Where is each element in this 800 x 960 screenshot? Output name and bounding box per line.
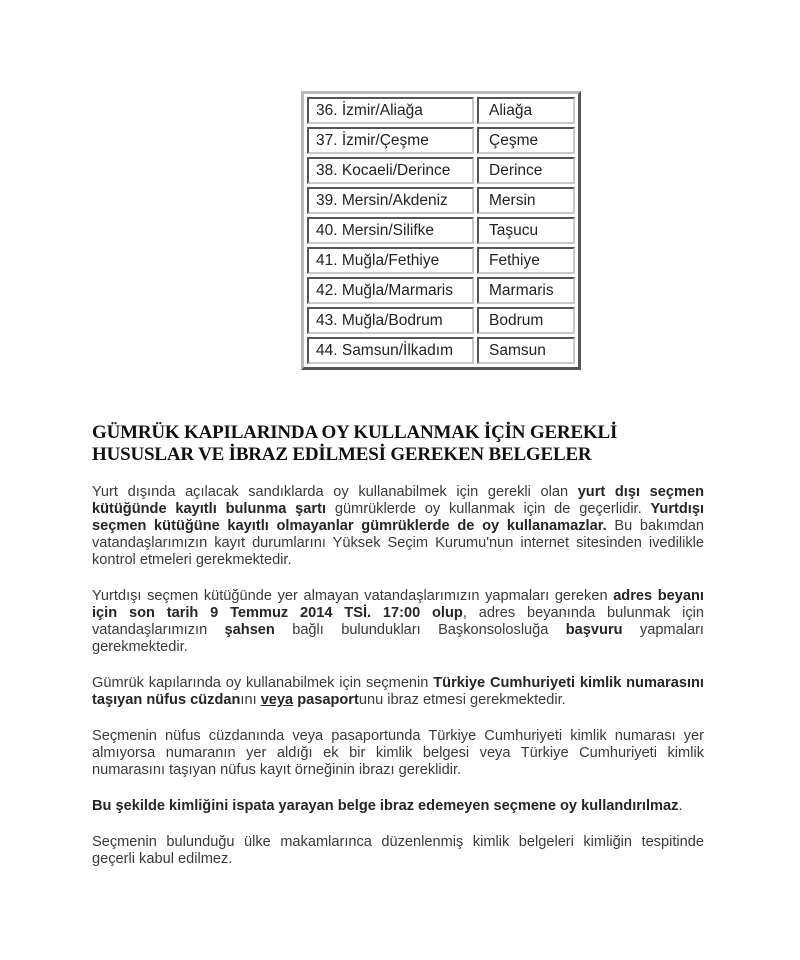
table-row: 36. İzmir/Aliağa Aliağa: [307, 97, 575, 124]
gate-cell: Mersin: [477, 187, 575, 214]
table-row: 37. İzmir/Çeşme Çeşme: [307, 127, 575, 154]
document-body: Yurt dışında açılacak sandıklarda oy kul…: [92, 484, 704, 887]
text: bağlı bulundukları Başkonsolosluğa: [275, 622, 566, 638]
table-row: 40. Mersin/Silifke Taşucu: [307, 217, 575, 244]
text: gümrüklerde oy kullanmak için de geçerli…: [326, 501, 650, 517]
paragraph-address-deadline: Yurtdışı seçmen kütüğünde yer almayan va…: [92, 588, 704, 656]
emphasis-text: başvuru: [566, 622, 623, 638]
location-cell: 36. İzmir/Aliağa: [307, 97, 474, 124]
heading-line-2: HUSUSLAR VE İBRAZ EDİLMESİ GEREKEN BELGE…: [92, 444, 591, 465]
text: .: [678, 798, 682, 814]
table-row: 38. Kocaeli/Derince Derince: [307, 157, 575, 184]
table-row: 42. Muğla/Marmaris Marmaris: [307, 277, 575, 304]
location-cell: 38. Kocaeli/Derince: [307, 157, 474, 184]
location-cell: 43. Muğla/Bodrum: [307, 307, 474, 334]
location-cell: 40. Mersin/Silifke: [307, 217, 474, 244]
location-cell: 37. İzmir/Çeşme: [307, 127, 474, 154]
paragraph-additional-document: Seçmenin nüfus cüzdanında veya pasaportu…: [92, 728, 704, 779]
location-cell: 42. Muğla/Marmaris: [307, 277, 474, 304]
paragraph-registration-requirement: Yurt dışında açılacak sandıklarda oy kul…: [92, 484, 704, 569]
gate-cell: Çeşme: [477, 127, 575, 154]
underlined-emphasis-text: veya: [261, 692, 293, 708]
emphasis-text: pasaport: [297, 692, 359, 708]
gate-cell: Taşucu: [477, 217, 575, 244]
text: Gümrük kapılarında oy kullanabilmek için…: [92, 675, 433, 691]
gate-cell: Marmaris: [477, 277, 575, 304]
text: Yurtdışı seçmen kütüğünde yer almayan va…: [92, 588, 613, 604]
text: unu ibraz etmesi gerekmektedir.: [359, 692, 566, 708]
table-row: 39. Mersin/Akdeniz Mersin: [307, 187, 575, 214]
gate-cell: Samsun: [477, 337, 575, 364]
emphasis-text: Bu şekilde kimliğini ispata yarayan belg…: [92, 798, 678, 814]
text: Seçmenin bulunduğu ülke makamlarınca düz…: [92, 834, 704, 867]
text: ını: [240, 692, 260, 708]
text: Yurt dışında açılacak sandıklarda oy kul…: [92, 484, 578, 500]
gate-cell: Fethiye: [477, 247, 575, 274]
table-row: 44. Samsun/İlkadım Samsun: [307, 337, 575, 364]
paragraph-foreign-id-not-valid: Seçmenin bulunduğu ülke makamlarınca düz…: [92, 834, 704, 868]
location-cell: 41. Muğla/Fethiye: [307, 247, 474, 274]
gate-cell: Aliağa: [477, 97, 575, 124]
location-cell: 44. Samsun/İlkadım: [307, 337, 474, 364]
table-row: 43. Muğla/Bodrum Bodrum: [307, 307, 575, 334]
section-heading: GÜMRÜK KAPILARINDA OY KULLANMAK İÇİN GER…: [92, 422, 712, 466]
location-cell: 39. Mersin/Akdeniz: [307, 187, 474, 214]
customs-gates-table: 36. İzmir/Aliağa Aliağa 37. İzmir/Çeşme …: [301, 91, 581, 370]
gate-cell: Derince: [477, 157, 575, 184]
gate-cell: Bodrum: [477, 307, 575, 334]
text: Seçmenin nüfus cüzdanında veya pasaportu…: [92, 728, 704, 778]
paragraph-id-documents: Gümrük kapılarında oy kullanabilmek için…: [92, 675, 704, 709]
emphasis-text: şahsen: [225, 622, 275, 638]
table-row: 41. Muğla/Fethiye Fethiye: [307, 247, 575, 274]
paragraph-no-vote-warning: Bu şekilde kimliğini ispata yarayan belg…: [92, 798, 704, 815]
heading-line-1: GÜMRÜK KAPILARINDA OY KULLANMAK İÇİN GER…: [92, 422, 617, 443]
